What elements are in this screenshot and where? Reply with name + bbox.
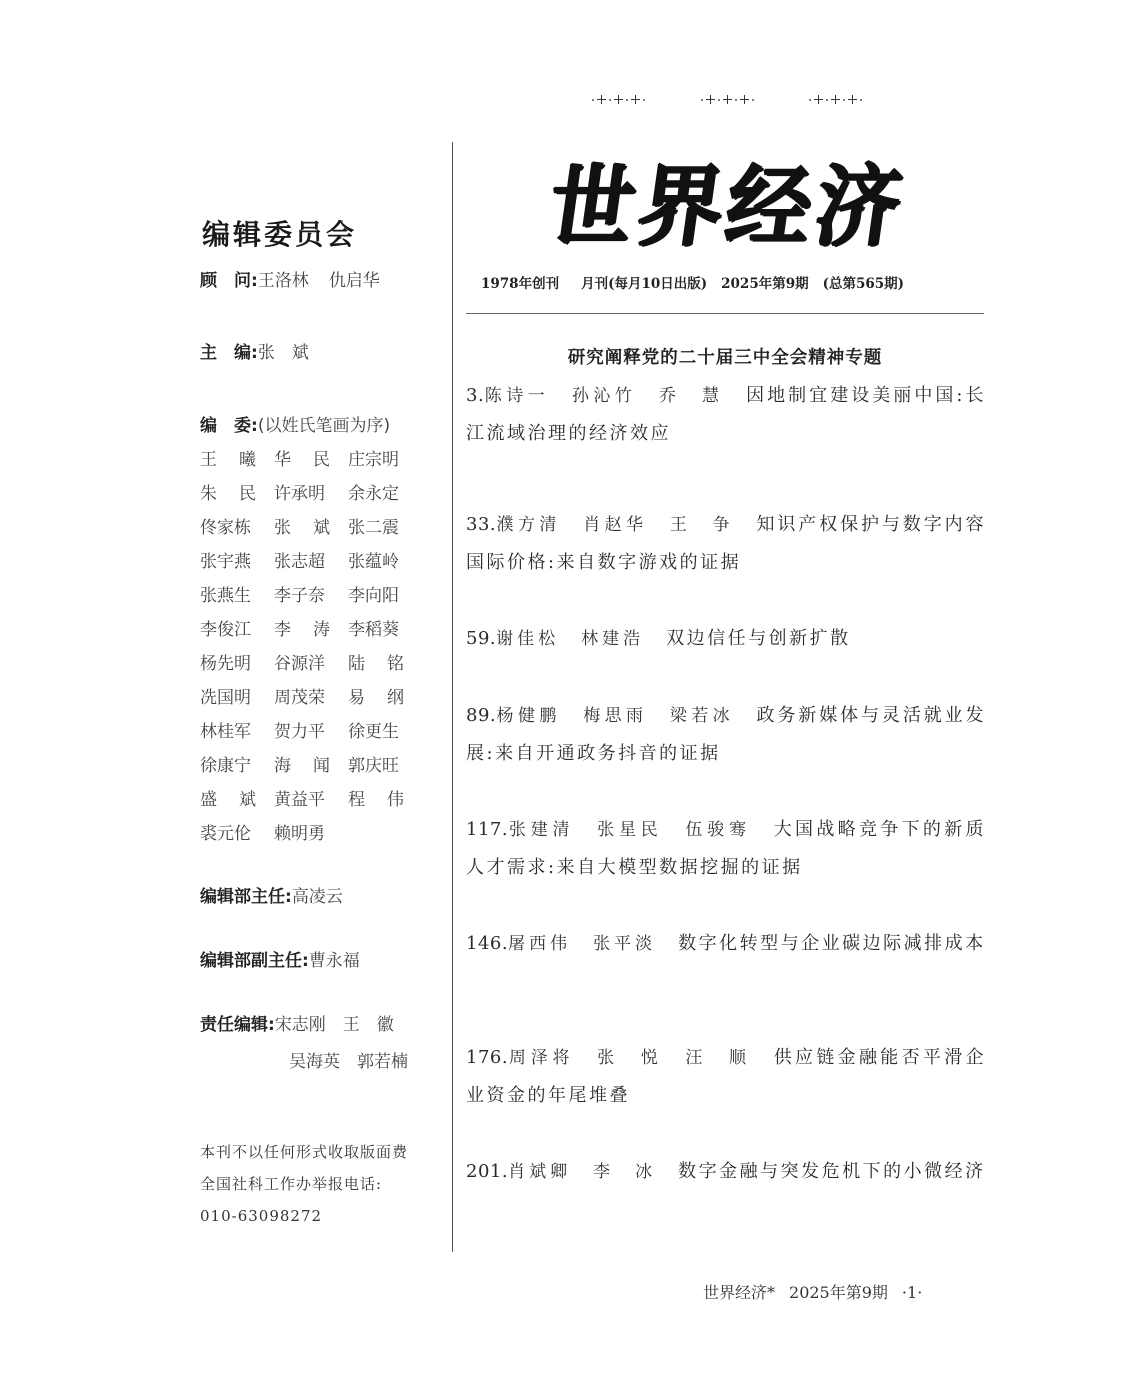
- committee-note: (以姓氏笔画为序): [258, 416, 390, 436]
- toc-entry[interactable]: 3.陈诗一孙沁竹乔 慧因地制宜建设美丽中国:长江流域治理的经济效应: [466, 377, 986, 453]
- member-row: 林桂军 贺力平 徐更生: [200, 721, 440, 755]
- member-row: 张宇燕 张志超 张蕴岭: [200, 551, 440, 585]
- member-row: 佟家栋 张斌 张二震: [200, 517, 440, 551]
- chief-editor-name: 张 斌: [258, 343, 309, 363]
- author: 孙沁竹: [571, 386, 636, 406]
- member-row: 杨先明 谷源洋 陆铭: [200, 653, 440, 687]
- member-name: 徐更生: [348, 721, 404, 755]
- page-number: 89.: [466, 705, 496, 726]
- member-name: 佟家栋: [200, 517, 256, 551]
- toc-entry[interactable]: 176.周泽将张 悦汪 顺供应链金融能否平滑企业资金的年尾堆叠: [466, 1039, 986, 1115]
- notice-block: 本刊不以任何形式收取版面费 全国社科工作办举报电话: 010-63098272: [200, 1136, 408, 1232]
- member-name: 裘元伦: [200, 823, 256, 857]
- member-name: 张志超: [274, 551, 330, 585]
- office-director-label: 编辑部主任: [200, 887, 285, 907]
- member-name: 黄益平: [274, 789, 330, 823]
- member-name: 徐康宁: [200, 755, 256, 789]
- advisor-name: 仇启华: [329, 271, 380, 291]
- member-name: 谷源洋: [274, 653, 330, 687]
- author: 谢佳松: [496, 629, 559, 649]
- member-name: 庄宗明: [348, 449, 404, 483]
- author: 王 争: [669, 515, 734, 535]
- page-footer: 世界经济*2025年第9期·1·: [703, 1280, 922, 1303]
- author: 张 悦: [596, 1048, 662, 1068]
- author: 乔 慧: [658, 386, 723, 406]
- footer-issue: 2025年第9期: [789, 1283, 888, 1302]
- office-director-line: 编辑部主任:高凌云: [200, 886, 343, 908]
- ornament-icon: [701, 95, 754, 104]
- member-name: 林桂军: [200, 721, 256, 755]
- member-row: 冼国明 周茂荣 易纲: [200, 687, 440, 721]
- article-title: 数字金融与突发危机下的小微经济: [678, 1161, 986, 1182]
- author: 梁若冰: [669, 706, 734, 726]
- author: 林建浩: [581, 629, 644, 649]
- frequency: 月刊(每月10日出版): [581, 276, 707, 292]
- toc-entry[interactable]: 33.濮方清肖赵华王 争知识产权保护与数字内容国际价格:来自数字游戏的证据: [466, 506, 986, 582]
- page-number: 201.: [466, 1161, 508, 1182]
- member-row: 张燕生 李子奈 李向阳: [200, 585, 440, 619]
- member-name: 李稻葵: [348, 619, 404, 653]
- responsible-editors-label: 责任编辑: [200, 1015, 268, 1035]
- issue-number: 2025年第9期: [721, 276, 808, 292]
- deputy-director-line: 编辑部副主任:曹永福: [200, 950, 360, 972]
- page-number: 3.: [466, 385, 484, 406]
- member-name: 李涛: [274, 619, 330, 653]
- toc-entry[interactable]: 59.谢佳松林建浩双边信任与创新扩散: [466, 620, 986, 658]
- member-name: 许承明: [274, 483, 330, 517]
- office-director-name: 高凌云: [292, 887, 343, 907]
- masthead-char: 界: [632, 161, 728, 249]
- masthead-char: 经: [721, 161, 817, 249]
- toc-entry[interactable]: 117.张建清张星民伍骏骞大国战略竞争下的新质人才需求:来自大模型数据挖掘的证据: [466, 811, 986, 887]
- member-name: 易纲: [348, 687, 404, 721]
- member-name: 张燕生: [200, 585, 256, 619]
- member-row: 李俊江 李涛 李稻葵: [200, 619, 440, 653]
- page-number: 59.: [466, 628, 496, 649]
- member-name: 陆铭: [348, 653, 404, 687]
- notice-line: 全国社科工作办举报电话:: [200, 1168, 408, 1200]
- footer-journal: 世界经济: [703, 1283, 767, 1302]
- hotline-number: 010-63098272: [200, 1200, 408, 1232]
- responsible-editors-names-2: 吴海英 郭若楠: [289, 1047, 408, 1072]
- member-name: 郭庆旺: [348, 755, 404, 789]
- advisors-label: 顾 问: [200, 271, 251, 291]
- member-name: 张斌: [274, 517, 330, 551]
- masthead-char: 世: [544, 161, 640, 249]
- column-divider: [452, 142, 453, 1252]
- toc-entry[interactable]: 89.杨健鹏梅思雨梁若冰政务新媒体与灵活就业发展:来自开通政务抖音的证据: [466, 697, 986, 773]
- author: 伍骏骞: [685, 820, 751, 840]
- member-name: 张二震: [348, 517, 404, 551]
- author: 杨健鹏: [496, 706, 561, 726]
- member-name: 华民: [274, 449, 330, 483]
- chief-editor-label: 主 编: [200, 343, 251, 363]
- member-name: 赖明勇: [274, 823, 330, 857]
- page-number: ·1·: [902, 1283, 922, 1302]
- article-title: 数字化转型与企业碳边际减排成本: [678, 933, 986, 954]
- member-name: 盛斌: [200, 789, 256, 823]
- journal-page: 编辑委员会 顾 问:王洛林仇启华 主 编:张 斌 编 委:(以姓氏笔画为序) 王…: [0, 0, 1135, 1382]
- member-name: 海闻: [274, 755, 330, 789]
- author: 肖赵华: [583, 515, 648, 535]
- ornament-icon: [809, 95, 862, 104]
- toc-entry[interactable]: 146.屠西伟张平淡数字化转型与企业碳边际减排成本: [466, 925, 986, 963]
- author: 屠西伟: [508, 934, 571, 954]
- member-row: 徐康宁 海闻 郭庆旺: [200, 755, 440, 789]
- member-name: 王曦: [200, 449, 256, 483]
- committee-line: 编 委:(以姓氏笔画为序): [200, 415, 390, 437]
- author: 陈诗一: [484, 386, 549, 406]
- member-name: 李向阳: [348, 585, 404, 619]
- advisors-line: 顾 问:王洛林仇启华: [200, 270, 380, 292]
- author: 李 冰: [593, 1162, 656, 1182]
- page-number: 33.: [466, 514, 496, 535]
- author: 濮方清: [496, 515, 561, 535]
- member-name: 冼国明: [200, 687, 256, 721]
- member-name: 李俊江: [200, 619, 256, 653]
- member-name: 张宇燕: [200, 551, 256, 585]
- member-name: 李子奈: [274, 585, 330, 619]
- committee-members: 王曦 华民 庄宗明 朱民 许承明 余永定 佟家栋 张斌 张二震 张宇燕 张志超 …: [200, 449, 440, 857]
- page-number: 176.: [466, 1047, 508, 1068]
- author: 张建清: [508, 820, 574, 840]
- member-name: 杨先明: [200, 653, 256, 687]
- author: 肖斌卿: [508, 1162, 571, 1182]
- ornament-icon: [592, 95, 645, 104]
- page-number: 146.: [466, 933, 508, 954]
- author: 张平淡: [593, 934, 656, 954]
- member-name: 程伟: [348, 789, 404, 823]
- star-icon: *: [767, 1283, 775, 1302]
- journal-masthead: 世 界 经 济: [550, 148, 900, 263]
- article-title: 双边信任与创新扩散: [666, 628, 851, 649]
- responsible-editors-line: 责任编辑:宋志刚 王 徽: [200, 1014, 394, 1036]
- notice-line: 本刊不以任何形式收取版面费: [200, 1136, 408, 1168]
- author: 周泽将: [508, 1048, 574, 1068]
- founded-year: 1978年创刊: [481, 276, 559, 292]
- deputy-director-name: 曹永福: [309, 951, 360, 971]
- member-name: 张蕴岭: [348, 551, 404, 585]
- member-row: 朱民 许承明 余永定: [200, 483, 440, 517]
- member-row: 盛斌 黄益平 程伟: [200, 789, 440, 823]
- committee-label: 编 委: [200, 416, 251, 436]
- masthead-char: 济: [810, 161, 906, 249]
- author: 梅思雨: [583, 706, 648, 726]
- responsible-editors-names: 宋志刚 王 徽: [275, 1015, 394, 1035]
- header-rule: [466, 313, 984, 314]
- member-name: 周茂荣: [274, 687, 330, 721]
- feature-section-title: 研究阐释党的二十届三中全会精神专题: [466, 344, 984, 369]
- author: 张星民: [596, 820, 662, 840]
- section-ornament: [592, 95, 862, 104]
- page-number: 117.: [466, 819, 508, 840]
- advisor-name: 王洛林: [258, 271, 309, 291]
- editorial-board-title: 编辑委员会: [202, 213, 357, 253]
- member-row: 裘元伦 赖明勇: [200, 823, 440, 857]
- chief-editor-line: 主 编:张 斌: [200, 342, 309, 364]
- publication-info: 1978年创刊月刊(每月10日出版)2025年第9期(总第565期): [481, 272, 904, 292]
- author: 汪 顺: [685, 1048, 751, 1068]
- member-name: 贺力平: [274, 721, 330, 755]
- toc-entry[interactable]: 201.肖斌卿李 冰数字金融与突发危机下的小微经济: [466, 1153, 986, 1191]
- member-name: 朱民: [200, 483, 256, 517]
- member-row: 王曦 华民 庄宗明: [200, 449, 440, 483]
- member-name: 余永定: [348, 483, 404, 517]
- total-issue: (总第565期): [823, 276, 904, 292]
- deputy-director-label: 编辑部副主任: [200, 951, 302, 971]
